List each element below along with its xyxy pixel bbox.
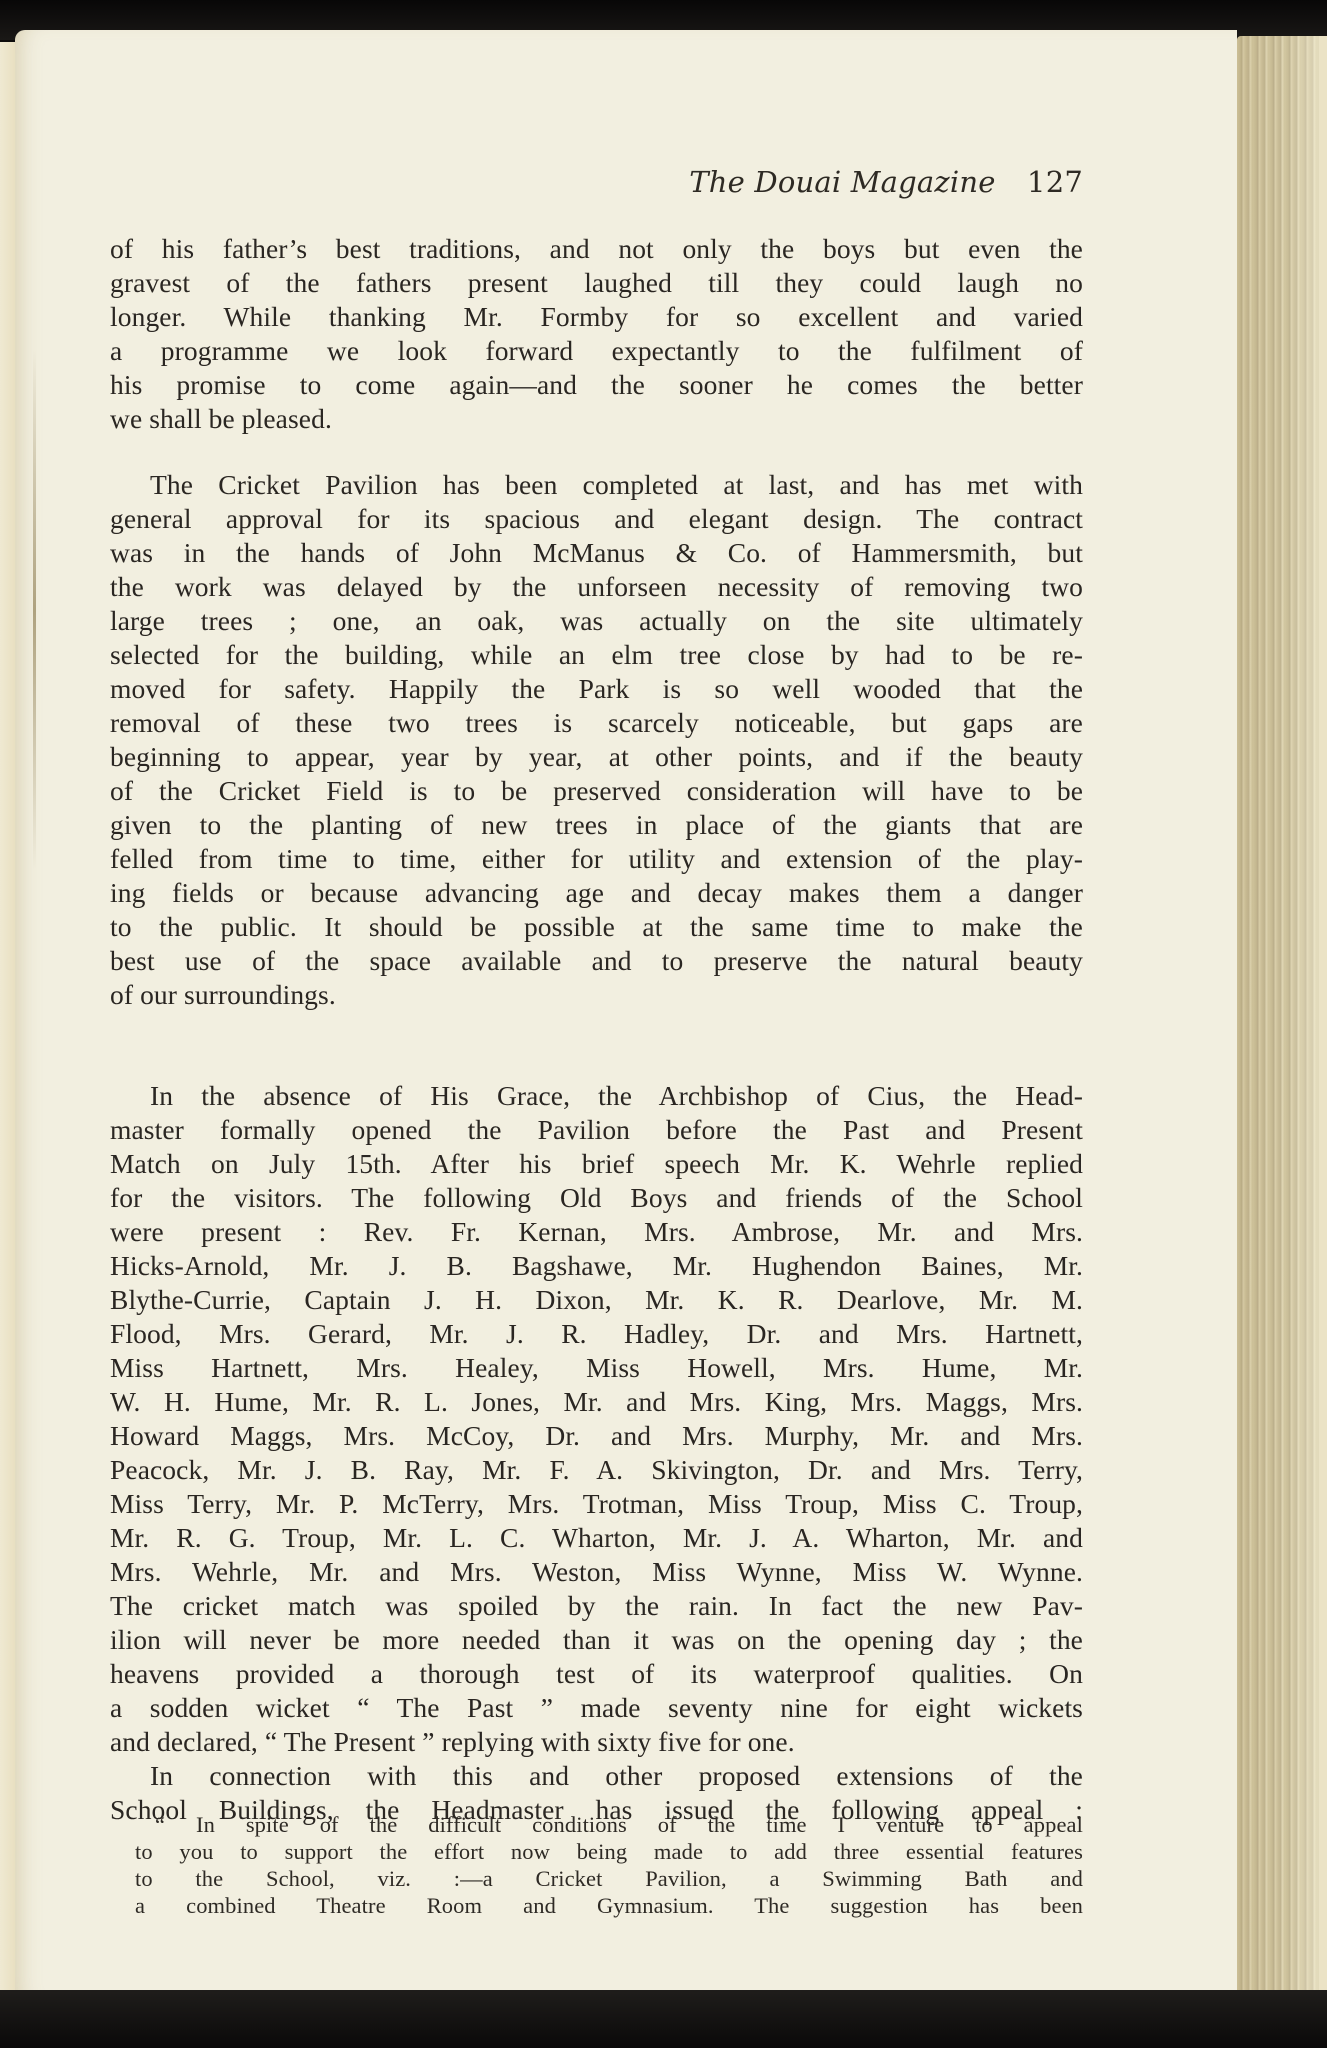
text-line: and declared, “ The Present ” replying w… (110, 1725, 1083, 1759)
page-number: 127 (1027, 165, 1083, 199)
quote-line: a combined Theatre Room and Gymnasium. T… (135, 1892, 1083, 1919)
text-line: W. H. Hume, Mr. R. L. Jones, Mr. and Mrs… (110, 1385, 1083, 1419)
text-line: Flood, Mrs. Gerard, Mr. J. R. Hadley, Dr… (110, 1317, 1083, 1351)
quote-line: to the School, viz. :—a Cricket Pavilion… (135, 1865, 1083, 1892)
text-line: of our surroundings. (110, 978, 1083, 1012)
text-line: master formally opened the Pavilion befo… (110, 1113, 1083, 1147)
text-line: his promise to come again—and the sooner… (110, 368, 1083, 402)
text-line: a programme we look forward expectantly … (110, 334, 1083, 368)
text-line: general approval for its spacious and el… (110, 502, 1083, 536)
text-line: the work was delayed by the unforseen ne… (110, 570, 1083, 604)
text-line: Peacock, Mr. J. B. Ray, Mr. F. A. Skivin… (110, 1453, 1083, 1487)
paragraph-opening-ceremony: In the absence of His Grace, the Archbis… (110, 1079, 1083, 1827)
paragraph-formby-closing: of his father’s best traditions, and not… (110, 232, 1083, 436)
text-line: Hicks-Arnold, Mr. J. B. Bagshawe, Mr. Hu… (110, 1249, 1083, 1283)
text-line: Mr. R. G. Troup, Mr. L. C. Wharton, Mr. … (110, 1521, 1083, 1555)
text-line: The cricket match was spoiled by the rai… (110, 1589, 1083, 1623)
text-line: moved for safety. Happily the Park is so… (110, 672, 1083, 706)
headmaster-appeal-quote: “ In spite of the difficult conditions o… (135, 1811, 1083, 1919)
text-line: a sodden wicket “ The Past ” made sevent… (110, 1691, 1083, 1725)
text-line: of the Cricket Field is to be preserved … (110, 774, 1083, 808)
page-block-outer-edge (1319, 36, 1327, 2006)
text-line: of his father’s best traditions, and not… (110, 232, 1083, 266)
text-line: best use of the space available and to p… (110, 944, 1083, 978)
book-scan: The Douai Magazine 127 of his father’s b… (0, 0, 1327, 2048)
text-line: removal of these two trees is scarcely n… (110, 706, 1083, 740)
quote-line: “ In spite of the difficult conditions o… (135, 1811, 1083, 1838)
text-line: Blythe-Currie, Captain J. H. Dixon, Mr. … (110, 1283, 1083, 1317)
text-line: large trees ; one, an oak, was actually … (110, 604, 1083, 638)
text-line: Match on July 15th. After his brief spee… (110, 1147, 1083, 1181)
text-line: gravest of the fathers present laughed t… (110, 266, 1083, 300)
quote-line: to you to support the effort now being m… (135, 1838, 1083, 1865)
text-line: selected for the building, while an elm … (110, 638, 1083, 672)
book-cover-bottom (0, 1990, 1327, 2048)
text-line: In connection with this and other propos… (110, 1759, 1083, 1793)
text-line: In the absence of His Grace, the Archbis… (110, 1079, 1083, 1113)
text-line: were present : Rev. Fr. Kernan, Mrs. Amb… (110, 1215, 1083, 1249)
text-line: heavens provided a thorough test of its … (110, 1657, 1083, 1691)
text-line: Howard Maggs, Mrs. McCoy, Dr. and Mrs. M… (110, 1419, 1083, 1453)
page-block-shade (1237, 36, 1319, 2006)
gutter-crease (33, 350, 36, 870)
text-line: to the public. It should be possible at … (110, 910, 1083, 944)
text-line: beginning to appear, year by year, at ot… (110, 740, 1083, 774)
text-line: given to the planting of new trees in pl… (110, 808, 1083, 842)
text-line: Miss Terry, Mr. P. McTerry, Mrs. Trotman… (110, 1487, 1083, 1521)
text-line: Mrs. Wehrle, Mr. and Mrs. Weston, Miss W… (110, 1555, 1083, 1589)
text-line: we shall be pleased. (110, 402, 1083, 436)
text-line: for the visitors. The following Old Boys… (110, 1181, 1083, 1215)
text-line: felled from time to time, either for uti… (110, 842, 1083, 876)
text-line: The Cricket Pavilion has been completed … (110, 468, 1083, 502)
text-line: ing fields or because advancing age and … (110, 876, 1083, 910)
text-line: ilion will never be more needed than it … (110, 1623, 1083, 1657)
text-line: was in the hands of John McManus & Co. o… (110, 536, 1083, 570)
running-head: The Douai Magazine 127 (689, 165, 1083, 199)
text-line: Miss Hartnett, Mrs. Healey, Miss Howell,… (110, 1351, 1083, 1385)
publication-title: The Douai Magazine (689, 165, 995, 199)
paragraph-cricket-pavilion: The Cricket Pavilion has been completed … (110, 468, 1083, 1012)
text-line: longer. While thanking Mr. Formby for so… (110, 300, 1083, 334)
